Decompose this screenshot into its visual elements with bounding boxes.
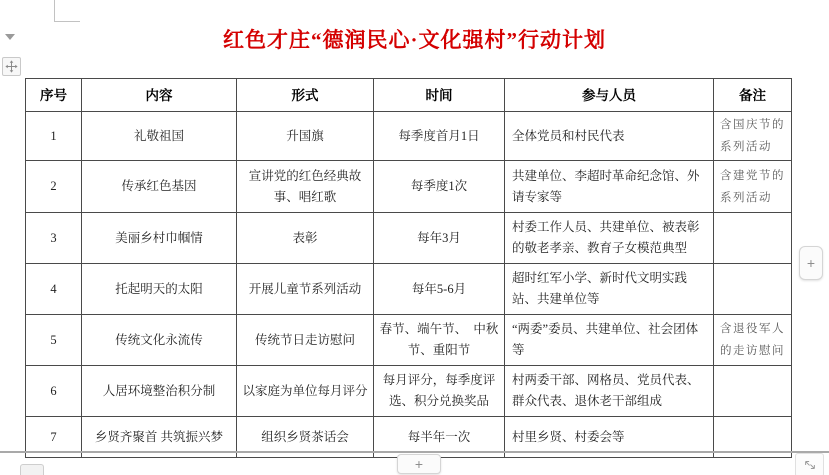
cell-remark[interactable] <box>714 213 792 264</box>
cell-time[interactable]: 每季度1次 <box>374 161 505 213</box>
add-column-button[interactable]: + <box>799 246 823 280</box>
header-participants[interactable]: 参与人员 <box>505 79 714 112</box>
cell-participants[interactable]: 村两委干部、网格员、党员代表、群众代表、退休老干部组成 <box>505 366 714 417</box>
header-remark[interactable]: 备注 <box>714 79 792 112</box>
cell-participants[interactable]: 共建单位、李超时革命纪念馆、外请专家等 <box>505 161 714 213</box>
cell-form[interactable]: 开展儿童节系列活动 <box>237 264 374 315</box>
cell-time[interactable]: 每年5-6月 <box>374 264 505 315</box>
margin-crop-mark-vertical <box>54 0 55 22</box>
cell-time[interactable]: 每月评分，每季度评选、积分兑换奖品 <box>374 366 505 417</box>
action-plan-table: 序号 内容 形式 时间 参与人员 备注 1礼敬祖国升国旗每季度首月1日全体党员和… <box>25 78 792 458</box>
table-row: 5传统文化永流传传统节日走访慰问春节、端午节、 中秋节、重阳节“两委”委员、共建… <box>26 315 792 366</box>
cell-form[interactable]: 升国旗 <box>237 112 374 161</box>
cell-time[interactable]: 每季度首月1日 <box>374 112 505 161</box>
cell-form[interactable]: 表彰 <box>237 213 374 264</box>
move-arrows-icon <box>5 60 18 73</box>
cell-no[interactable]: 5 <box>26 315 82 366</box>
plus-icon: + <box>415 457 423 471</box>
cell-no[interactable]: 4 <box>26 264 82 315</box>
cell-content[interactable]: 传承红色基因 <box>82 161 237 213</box>
cell-participants[interactable]: 村委工作人员、共建单位、被表彰的敬老孝亲、教育子女模范典型 <box>505 213 714 264</box>
cell-form[interactable]: 传统节日走访慰问 <box>237 315 374 366</box>
cell-content[interactable]: 人居环境整治积分制 <box>82 366 237 417</box>
cell-form[interactable]: 宣讲党的红色经典故事、唱红歌 <box>237 161 374 213</box>
cell-no[interactable]: 6 <box>26 366 82 417</box>
diagonal-resize-icon <box>801 458 819 472</box>
cell-content[interactable]: 托起明天的太阳 <box>82 264 237 315</box>
table-row: 3美丽乡村巾帼情表彰每年3月村委工作人员、共建单位、被表彰的敬老孝亲、教育子女模… <box>26 213 792 264</box>
plus-icon: + <box>807 256 815 270</box>
cell-remark[interactable] <box>714 366 792 417</box>
table-resize-handle[interactable] <box>795 453 824 475</box>
table-row: 4托起明天的太阳开展儿童节系列活动每年5-6月超时红军小学、新时代文明实践站、共… <box>26 264 792 315</box>
cell-remark[interactable]: 含建党节的系列活动 <box>714 161 792 213</box>
table-row: 2传承红色基因宣讲党的红色经典故事、唱红歌每季度1次共建单位、李超时革命纪念馆、… <box>26 161 792 213</box>
cell-remark[interactable]: 含国庆节的系列活动 <box>714 112 792 161</box>
header-time[interactable]: 时间 <box>374 79 505 112</box>
page-bottom-divider <box>0 451 829 453</box>
header-row: 序号 内容 形式 时间 参与人员 备注 <box>26 79 792 112</box>
cell-time[interactable]: 春节、端午节、 中秋节、重阳节 <box>374 315 505 366</box>
header-content[interactable]: 内容 <box>82 79 237 112</box>
bottom-left-partial-button[interactable] <box>20 464 44 475</box>
header-form[interactable]: 形式 <box>237 79 374 112</box>
cell-remark[interactable]: 含退役军人的走访慰问 <box>714 315 792 366</box>
cell-content[interactable]: 传统文化永流传 <box>82 315 237 366</box>
cell-content[interactable]: 美丽乡村巾帼情 <box>82 213 237 264</box>
add-row-button[interactable]: + <box>397 454 441 474</box>
cell-remark[interactable] <box>714 264 792 315</box>
cell-no[interactable]: 3 <box>26 213 82 264</box>
margin-crop-mark-horizontal <box>54 21 80 22</box>
cell-no[interactable]: 1 <box>26 112 82 161</box>
cell-participants[interactable]: 超时红军小学、新时代文明实践站、共建单位等 <box>505 264 714 315</box>
cell-time[interactable]: 每年3月 <box>374 213 505 264</box>
cell-participants[interactable]: “两委”委员、共建单位、社会团体等 <box>505 315 714 366</box>
table-row: 1礼敬祖国升国旗每季度首月1日全体党员和村民代表含国庆节的系列活动 <box>26 112 792 161</box>
cell-no[interactable]: 2 <box>26 161 82 213</box>
cell-form[interactable]: 以家庭为单位每月评分 <box>237 366 374 417</box>
table-row: 6人居环境整治积分制以家庭为单位每月评分每月评分，每季度评选、积分兑换奖品村两委… <box>26 366 792 417</box>
page-title: 红色才庄“德润民心·文化强村”行动计划 <box>0 24 829 54</box>
cell-content[interactable]: 礼敬祖国 <box>82 112 237 161</box>
header-no[interactable]: 序号 <box>26 79 82 112</box>
cell-participants[interactable]: 全体党员和村民代表 <box>505 112 714 161</box>
table-move-handle[interactable] <box>2 57 21 76</box>
